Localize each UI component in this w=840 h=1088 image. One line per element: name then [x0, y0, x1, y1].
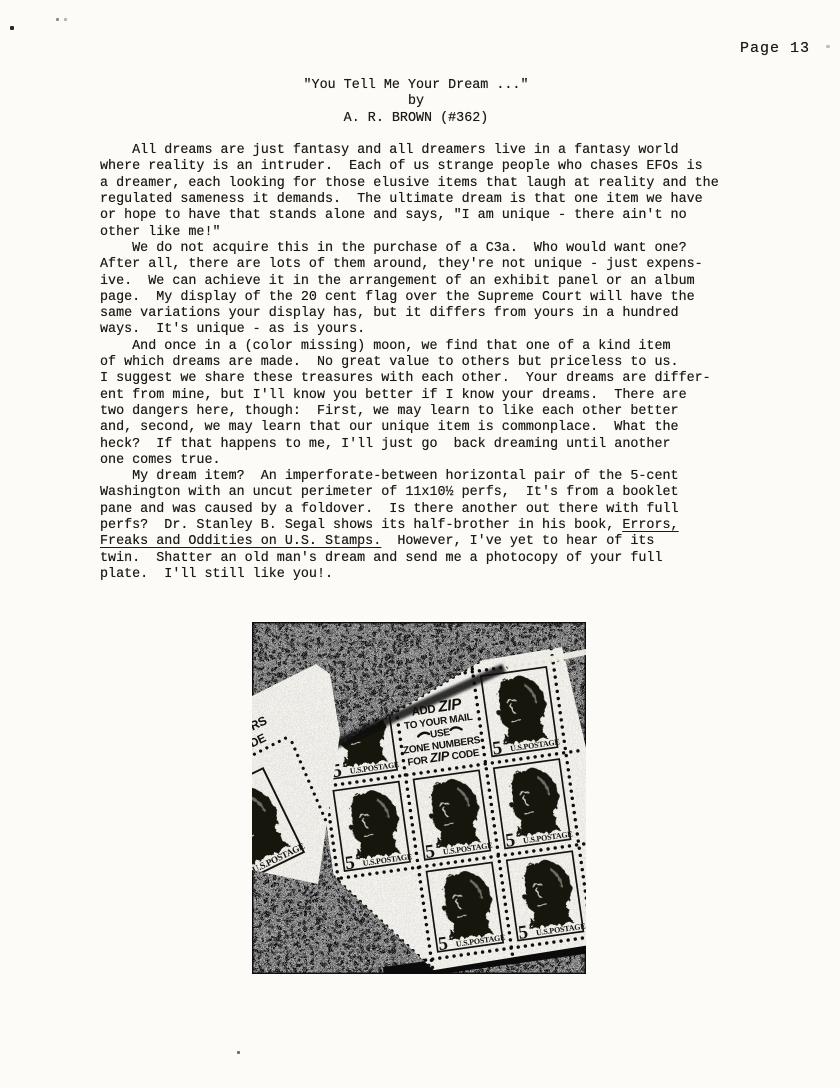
- body-line: or hope to have that stands alone and sa…: [100, 208, 732, 224]
- body-line: My dream item? An imperforate-between ho…: [100, 469, 732, 485]
- scan-speck: [826, 45, 830, 48]
- spacer: [100, 127, 732, 143]
- scan-speck: [237, 1051, 240, 1054]
- body-line: ways. It's unique - as is yours.: [100, 322, 732, 338]
- body-line: And once in a (color missing) moon, we f…: [100, 339, 732, 355]
- body-line: other like me!": [100, 225, 732, 241]
- body-line: same variations your display has, but it…: [100, 306, 732, 322]
- body-line: page. My display of the 20 cent flag ove…: [100, 290, 732, 306]
- body-line: pane and was caused by a foldover. Is th…: [100, 502, 732, 518]
- body-line: All dreams are just fantasy and all drea…: [100, 143, 732, 159]
- article: "You Tell Me Your Dream ..." by A. R. BR…: [100, 78, 732, 583]
- article-body: All dreams are just fantasy and all drea…: [100, 143, 732, 583]
- article-title: "You Tell Me Your Dream ...": [100, 78, 732, 94]
- body-line: After all, there are lots of them around…: [100, 257, 732, 273]
- body-line: of which dreams are made. No great value…: [100, 355, 732, 371]
- body-line: twin. Shatter an old man's dream and sen…: [100, 551, 732, 567]
- body-line: ent from mine, but I'll know you better …: [100, 388, 732, 404]
- body-line: regulated sameness it demands. The ultim…: [100, 192, 732, 208]
- body-line: a dreamer, each looking for those elusiv…: [100, 176, 732, 192]
- stamp-photo-image: 5cU.S.POSTAGE5cU.S.POSTAGE5cU.S.POSTAGE5…: [252, 622, 586, 974]
- body-line: where reality is an intruder. Each of us…: [100, 159, 732, 175]
- body-line: I suggest we share these treasures with …: [100, 371, 732, 387]
- body-line: Freaks and Oddities on U.S. Stamps. Howe…: [100, 534, 732, 550]
- body-line: heck? If that happens to me, I'll just g…: [100, 437, 732, 453]
- body-line: Washington with an uncut perimeter of 11…: [100, 485, 732, 501]
- body-line: two dangers here, though: First, we may …: [100, 404, 732, 420]
- scan-speck: [10, 26, 14, 30]
- scan-speck: [64, 18, 67, 21]
- body-line: and, second, we may learn that our uniqu…: [100, 420, 732, 436]
- body-line: plate. I'll still like you!.: [100, 567, 732, 583]
- page-number: Page 13: [740, 40, 810, 57]
- body-line: perfs? Dr. Stanley B. Segal shows its ha…: [100, 518, 732, 534]
- body-line: We do not acquire this in the purchase o…: [100, 241, 732, 257]
- stamp-photo: 5cU.S.POSTAGE5cU.S.POSTAGE5cU.S.POSTAGE5…: [252, 622, 586, 974]
- body-line: one comes true.: [100, 453, 732, 469]
- article-author: A. R. BROWN (#362): [100, 111, 732, 127]
- body-line: ive. We can achieve it in the arrangemen…: [100, 274, 732, 290]
- scanned-newsletter-page: Page 13 "You Tell Me Your Dream ..." by …: [0, 0, 840, 1088]
- scan-speck: [56, 18, 59, 21]
- article-byline: by: [100, 94, 732, 110]
